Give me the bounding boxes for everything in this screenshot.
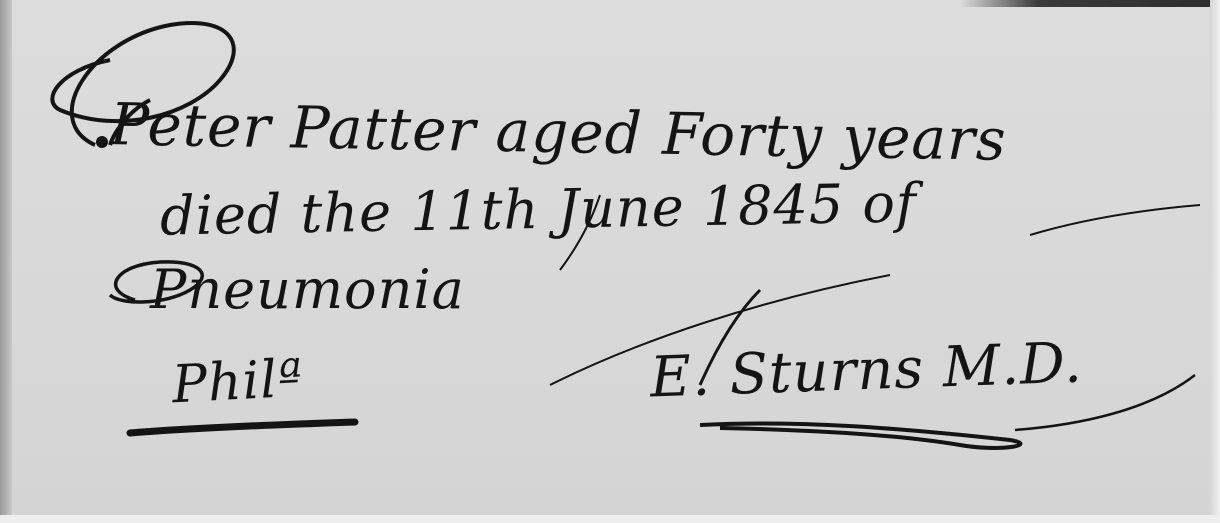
record-line-3: Pneumonia: [150, 258, 465, 321]
place-of-record: Philª: [171, 349, 305, 416]
record-line-2: died the 11th June 1845 of: [160, 171, 918, 247]
scanned-document: Peter Patter aged Forty years died the 1…: [0, 0, 1220, 523]
